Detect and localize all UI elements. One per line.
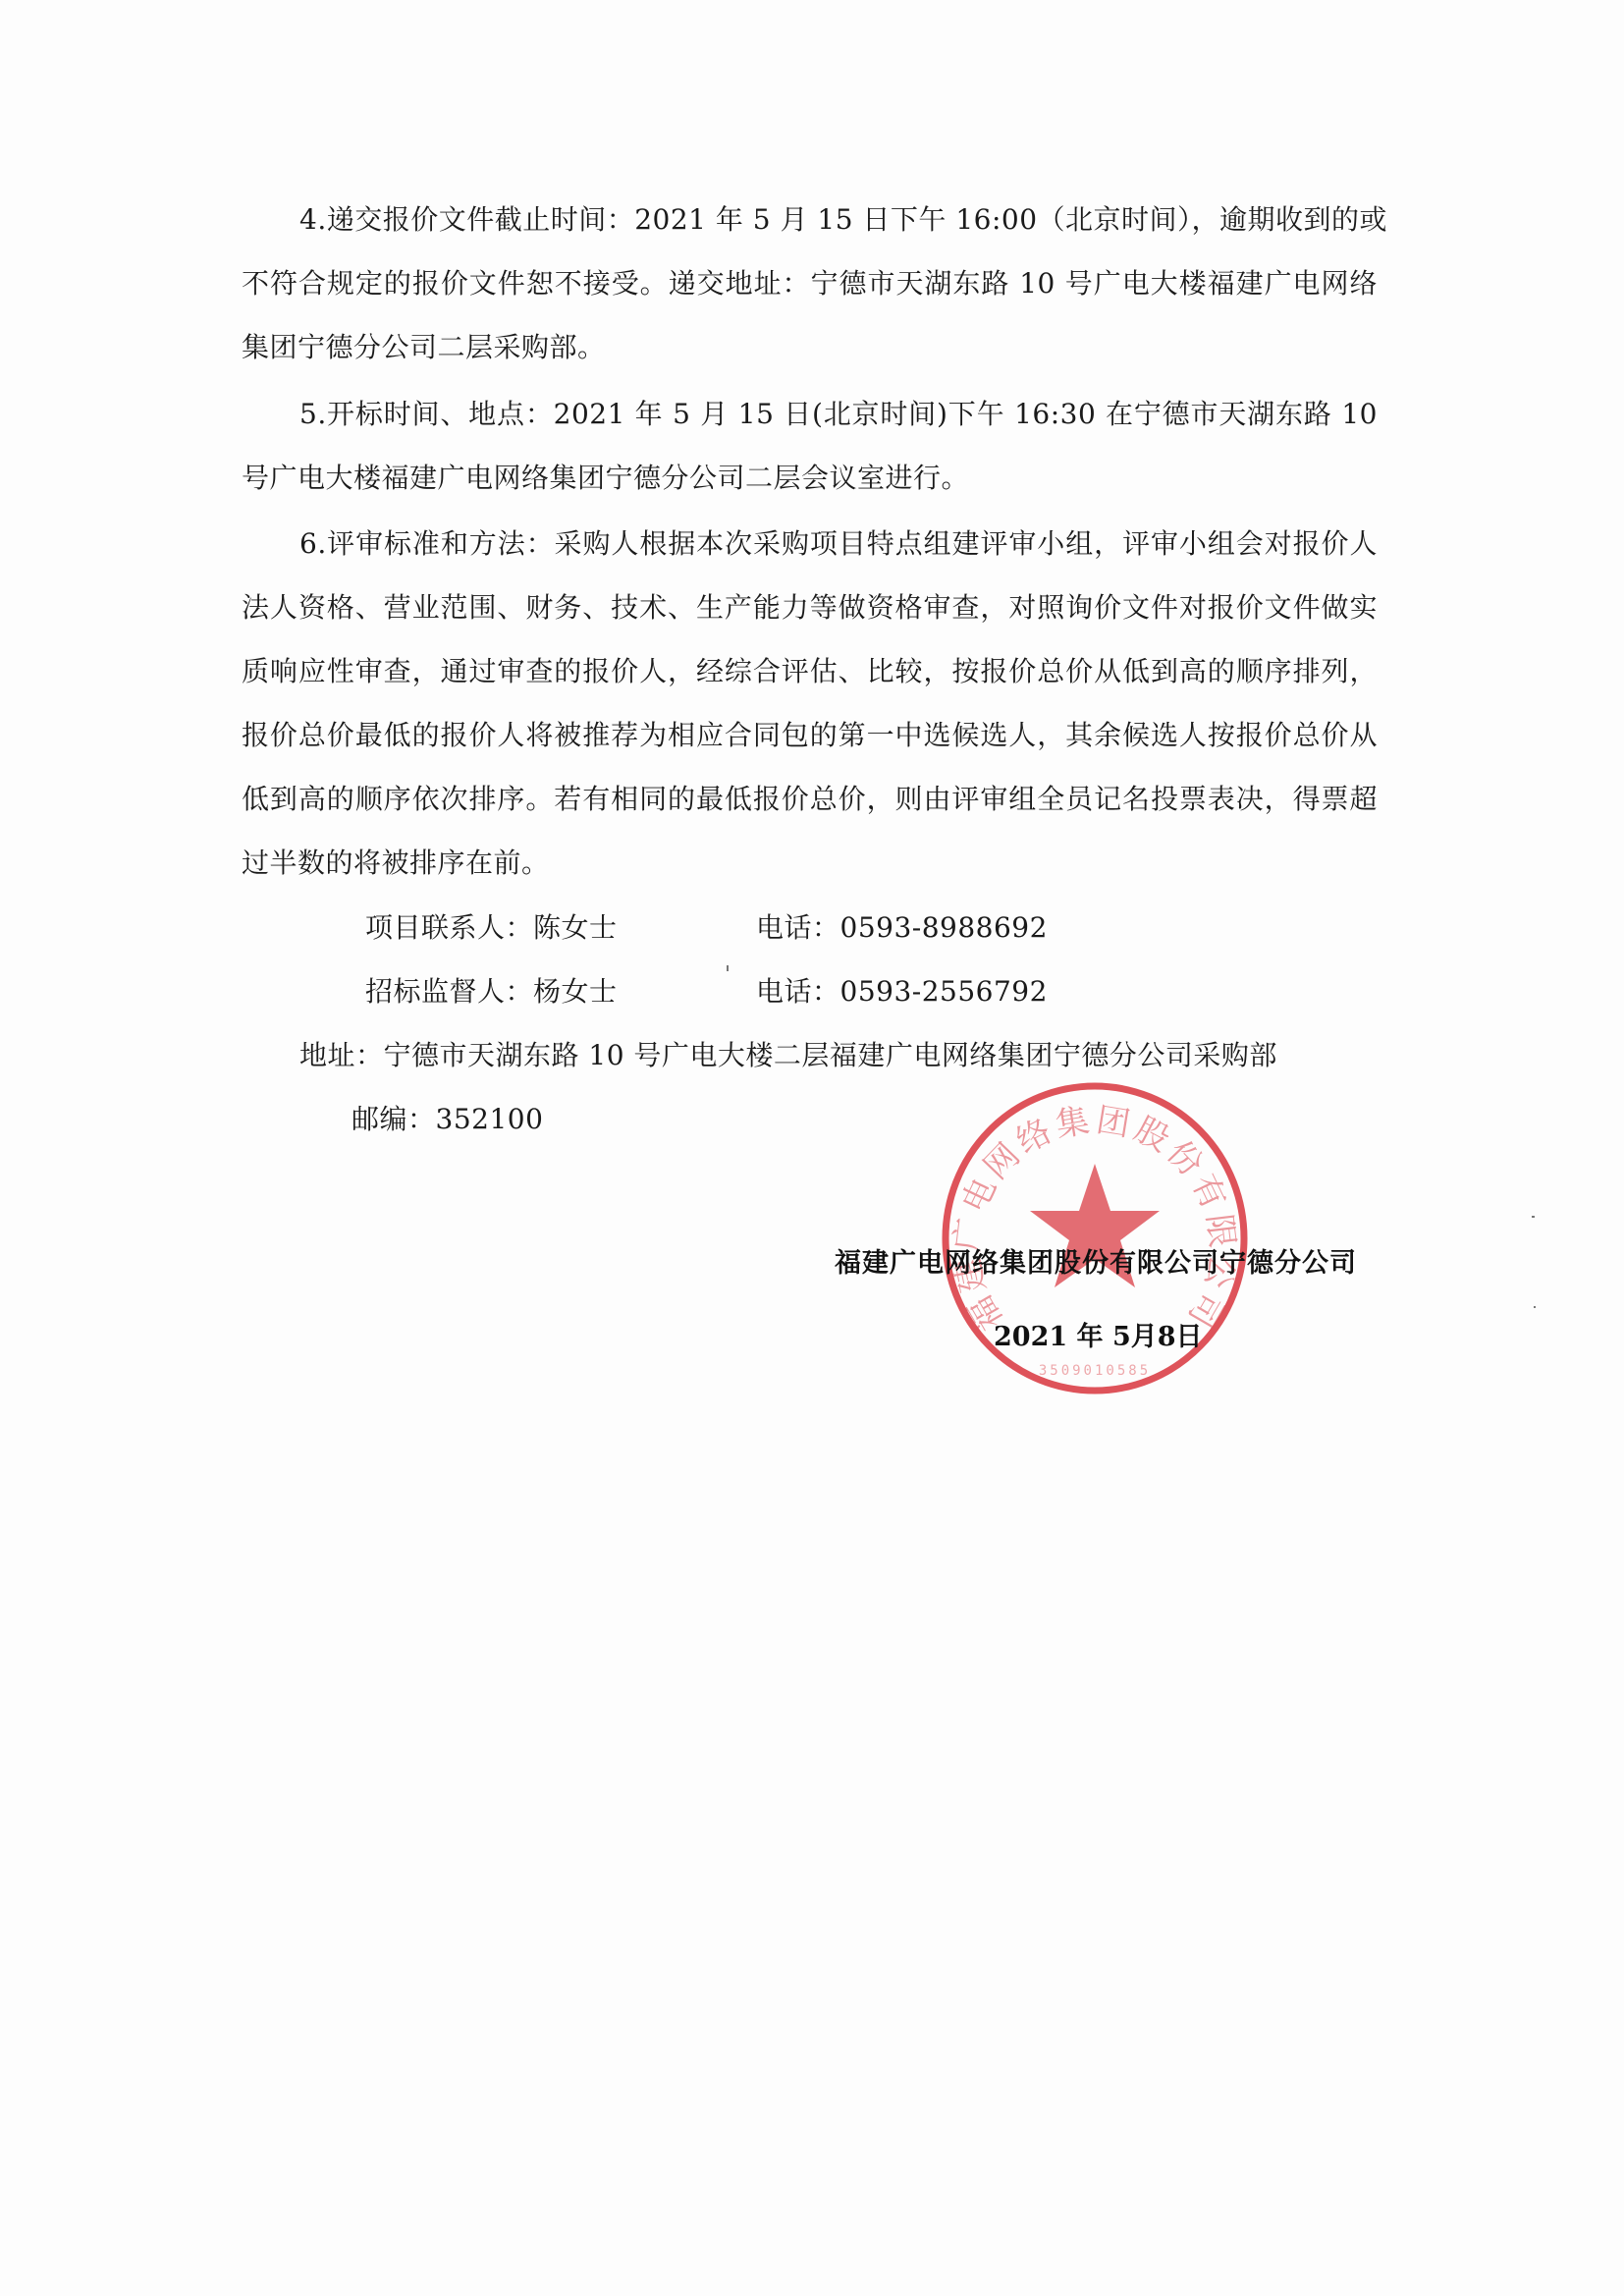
- scan-speck: [727, 965, 729, 971]
- scan-speck: [1532, 1216, 1535, 1218]
- item5-line-1: 5.开标时间、地点：2021 年 5 月 15 日(北京时间)下午 16:30 …: [299, 398, 1378, 431]
- project-contact-label: 项目联系人：陈女士: [365, 911, 618, 945]
- signing-date: 2021 年 5月8日: [994, 1321, 1203, 1354]
- project-contact-phone: 电话：0593-8988692: [756, 911, 1048, 945]
- item6-line-5: 低到高的顺序依次排序。若有相同的最低报价总价，则由评审组全员记名投票表决，得票超: [242, 783, 1378, 816]
- item4-line-3: 集团宁德分公司二层采购部。: [242, 331, 606, 364]
- item6-line-6: 过半数的将被排序在前。: [242, 847, 550, 880]
- item6-line-1: 6.评审标准和方法：采购人根据本次采购项目特点组建评审小组，评审小组会对报价人: [299, 527, 1378, 561]
- item4-line-2: 不符合规定的报价文件恕不接受。递交地址：宁德市天湖东路 10 号广电大楼福建广电…: [242, 267, 1378, 301]
- scan-speck: [1534, 1306, 1536, 1308]
- item4-line-1: 4.递交报价文件截止时间：2021 年 5 月 15 日下午 16:00（北京时…: [299, 203, 1378, 237]
- item6-line-3: 质响应性审查，通过审查的报价人，经综合评估、比较，按报价总价从低到高的顺序排列，: [242, 655, 1378, 688]
- item6-line-4: 报价总价最低的报价人将被推荐为相应合同包的第一中选候选人，其余候选人按报价总价从: [242, 719, 1378, 752]
- postcode-line: 邮编：352100: [352, 1103, 543, 1136]
- supervisor-contact-phone: 电话：0593-2556792: [756, 975, 1048, 1009]
- supervisor-contact-label: 招标监督人：杨女士: [365, 975, 618, 1009]
- item5-line-2: 号广电大楼福建广电网络集团宁德分公司二层会议室进行。: [242, 462, 969, 495]
- svg-text:3509010585: 3509010585: [1039, 1363, 1151, 1379]
- signing-company: 福建广电网络集团股份有限公司宁德分公司: [835, 1247, 1357, 1281]
- scanned-document-page: 4.递交报价文件截止时间：2021 年 5 月 15 日下午 16:00（北京时…: [0, 0, 1624, 2296]
- address-line: 地址：宁德市天湖东路 10 号广电大楼二层福建广电网络集团宁德分公司采购部: [299, 1039, 1277, 1072]
- item6-line-2: 法人资格、营业范围、财务、技术、生产能力等做资格审查，对照询价文件对报价文件做实: [242, 591, 1378, 625]
